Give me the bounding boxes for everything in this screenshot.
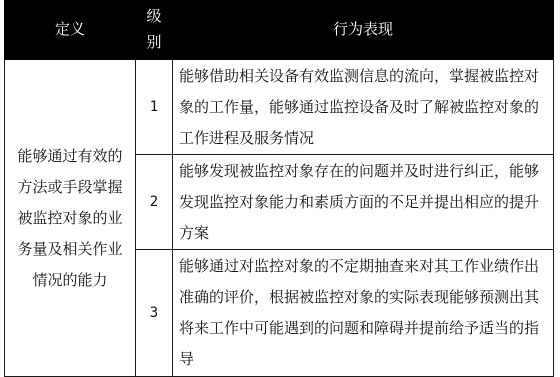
header-behavior: 行为表现 <box>173 1 554 60</box>
level-cell: 1 <box>136 60 173 155</box>
level-cell: 2 <box>136 155 173 250</box>
header-row: 定义 级别 行为表现 <box>5 1 554 60</box>
header-level: 级别 <box>136 1 173 60</box>
level-cell: 3 <box>136 250 173 377</box>
behavior-cell: 能够借助相关设备有效监测信息的流向，掌握被监控对象的工作量，能够通过监控设备及时… <box>173 60 554 155</box>
behavior-cell: 能够通过对监控对象的不定期抽查来对其工作业绩作出准确的评价，根据被监控对象的实际… <box>173 250 554 377</box>
competency-table: 定义 级别 行为表现 能够通过有效的方法或手段掌握被监控对象的业务量及相关作业情… <box>4 0 554 377</box>
behavior-cell: 能够发现被监控对象存在的问题并及时进行纠正，能够发现监控对象能力和素质方面的不足… <box>173 155 554 250</box>
definition-cell: 能够通过有效的方法或手段掌握被监控对象的业务量及相关作业情况的能力 <box>5 60 136 377</box>
table-row: 能够通过有效的方法或手段掌握被监控对象的业务量及相关作业情况的能力 1 能够借助… <box>5 60 554 155</box>
header-definition: 定义 <box>5 1 136 60</box>
